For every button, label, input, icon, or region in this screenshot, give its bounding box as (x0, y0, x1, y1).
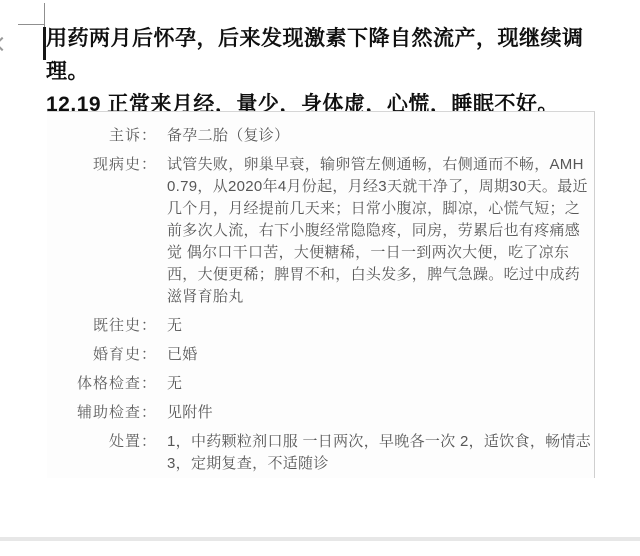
field-value: 试管失败，卵巢早衰，输卵管左侧通畅，右侧通而不畅，AMH 0.79，从2020年… (167, 154, 594, 308)
pointer-arrow-icon (0, 37, 9, 51)
annotation-headline[interactable]: 用药两月后怀孕，后来发现激素下降自然流产，现继续调理。 12.19 正常来月经，… (46, 22, 626, 121)
row-marital-history: 婚育史： 已婚 (47, 344, 594, 366)
row-present-illness: 现病史： 试管失败，卵巢早衰，输卵管左侧通畅，右侧通而不畅，AMH 0.79，从… (47, 154, 594, 308)
field-label: 婚育史： (47, 344, 157, 366)
field-label: 处置： (47, 431, 157, 475)
row-auxiliary-exam: 辅助检查： 见附件 (47, 402, 594, 424)
field-value: 无 (167, 373, 594, 395)
table-handle-icon (44, 3, 45, 28)
table-handle-icon (18, 24, 45, 25)
field-value: 备孕二胎（复诊） (167, 125, 594, 147)
row-disposition: 处置： 1，中药颗粒剂口服 一日两次，早晚各一次 2，适饮食，畅情志 3，定期复… (47, 431, 594, 475)
field-value: 见附件 (167, 402, 594, 424)
field-label: 辅助检查： (47, 402, 157, 424)
document-page: 用药两月后怀孕，后来发现激素下降自然流产，现继续调理。 12.19 正常来月经，… (0, 0, 640, 556)
field-label: 既往史： (47, 315, 157, 337)
field-value: 无 (167, 315, 594, 337)
row-physical-exam: 体格检查： 无 (47, 373, 594, 395)
field-value: 已婚 (167, 344, 594, 366)
field-value: 1，中药颗粒剂口服 一日两次，早晚各一次 2，适饮食，畅情志 3，定期复查，不适… (167, 431, 594, 475)
field-label: 体格检查： (47, 373, 157, 395)
field-label: 现病史： (47, 154, 157, 308)
field-label: 主诉： (47, 125, 157, 147)
row-past-history: 既往史： 无 (47, 315, 594, 337)
medical-record-panel: 主诉： 备孕二胎（复诊） 现病史： 试管失败，卵巢早衰，输卵管左侧通畅，右侧通而… (47, 111, 595, 478)
row-chief-complaint: 主诉： 备孕二胎（复诊） (47, 125, 594, 147)
page-bottom-divider (0, 537, 640, 541)
